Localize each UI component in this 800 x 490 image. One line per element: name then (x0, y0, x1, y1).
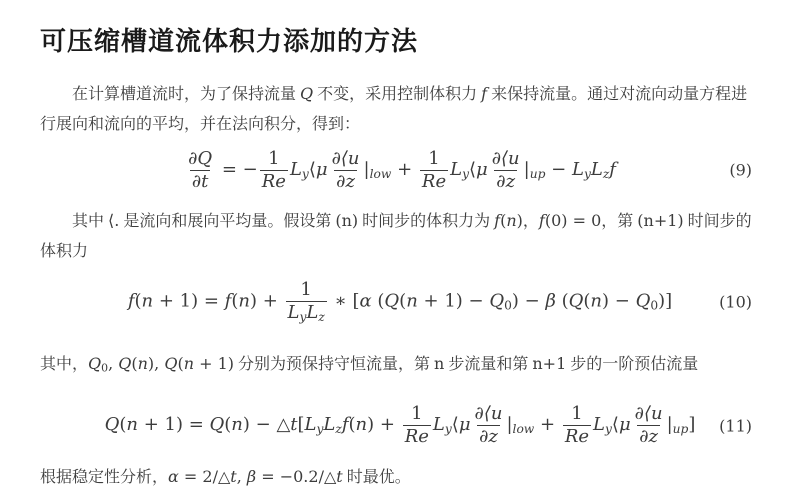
math-token: ∂⟨u (635, 403, 663, 424)
text-run: n (434, 354, 444, 373)
text-run: (n) (335, 211, 358, 230)
text-run: 时最优。 (343, 469, 411, 486)
math-token: 0 (504, 299, 512, 313)
math-token: Q (569, 291, 584, 312)
math-token: ⟨ (309, 159, 316, 180)
math-token: low (370, 167, 392, 181)
math-token: L (323, 415, 335, 436)
math-token: ( (372, 291, 385, 312)
math-token: ⟨ (612, 415, 619, 436)
math-token: y (445, 423, 452, 437)
math-token: μ (476, 159, 488, 180)
math-token: Q (489, 291, 504, 312)
math-token: low (513, 423, 535, 437)
text-run: ), (148, 354, 164, 373)
text-run: = −0.2/△ (256, 467, 336, 486)
text-run: 其中 (72, 213, 108, 230)
math-token: L (572, 159, 584, 180)
math-token: n (406, 291, 418, 312)
math-token: ∂z (336, 171, 355, 192)
text-run: Q (88, 354, 101, 373)
text-run: 其中， (40, 356, 88, 373)
math-token: L (288, 302, 300, 323)
math-token: L (591, 159, 603, 180)
text-run: Q (300, 84, 313, 103)
math-token: μ (459, 415, 471, 436)
paragraph-timestep: 其中 ⟨. 是流向和展向平均量。假设第 (n) 时间步的体积力为 f(n)，f(… (40, 206, 760, 267)
text-run: β (247, 467, 256, 486)
math-token: f (342, 415, 349, 436)
math-token: z (318, 310, 324, 324)
math-token: Re (565, 426, 589, 447)
equation-9-formula: ∂Q∂t = −1ReLy⟨μ∂⟨u∂z|low + 1ReLy⟨μ∂⟨u∂z|… (184, 148, 616, 192)
math-token: L (305, 415, 317, 436)
math-token: )] (658, 291, 672, 312)
text-run: ⟨. (108, 211, 119, 230)
text-run: , (108, 354, 118, 373)
document-page: 可压缩槽道流体积力添加的方法 在计算槽道流时，为了保持流量 Q 不变，采用控制体… (0, 0, 800, 490)
math-token: ∂⟨u (475, 403, 503, 424)
equation-9-number: (9) (729, 161, 752, 180)
text-run: 不变，采用控制体积力 (313, 86, 481, 103)
text-run: ，第 (601, 213, 637, 230)
math-token: up (673, 423, 689, 437)
text-run: 步流量和第 (444, 356, 532, 373)
text-run: n+1 (532, 354, 566, 373)
equation-10-formula: f(n + 1) = f(n) + 1LyLz ∗ [α (Q(n + 1) −… (128, 279, 672, 324)
math-token: β (545, 291, 555, 312)
math-token: α (360, 291, 372, 312)
document-title: 可压缩槽道流体积力添加的方法 (40, 26, 760, 57)
math-token: y (302, 167, 309, 181)
equation-10-number: (10) (719, 293, 752, 312)
math-token: ∂Q (188, 148, 212, 169)
math-token: L (593, 415, 605, 436)
math-fraction: 1Re (260, 148, 288, 192)
math-fraction: ∂⟨u∂z (490, 148, 522, 192)
math-token: ∂z (479, 426, 498, 447)
text-run: + 1) (194, 354, 234, 373)
math-fraction: 1Re (563, 403, 591, 447)
math-token: L (306, 302, 318, 323)
math-fraction: ∂⟨u∂z (473, 403, 505, 447)
math-fraction: 1Re (403, 403, 431, 447)
math-token: + 1) − (418, 291, 490, 312)
math-token: − (545, 159, 572, 180)
math-token: y (462, 167, 469, 181)
math-token: μ (619, 415, 631, 436)
text-run: (n+1) (637, 211, 683, 230)
text-run: , (237, 467, 247, 486)
math-token: 0 (650, 299, 658, 313)
math-token: ( (349, 415, 356, 436)
text-run: 步的一阶预估流量 (566, 356, 698, 373)
math-token: μ (316, 159, 328, 180)
math-token: ) + (250, 291, 284, 312)
math-token: 1 (411, 403, 422, 424)
math-token: L (450, 159, 462, 180)
math-token: n (231, 415, 243, 436)
text-run: ， (523, 213, 539, 230)
math-token: ) − △ (243, 415, 290, 436)
math-token: ∂t (192, 171, 209, 192)
math-token: f (128, 291, 135, 312)
math-fraction: 1Re (420, 148, 448, 192)
math-fraction: ∂⟨u∂z (633, 403, 665, 447)
math-token: Re (422, 171, 446, 192)
math-token: ∂⟨u (492, 148, 520, 169)
equation-11-formula: Q(n + 1) = Q(n) − △t[LyLzf(n) + 1ReLy⟨μ∂… (105, 403, 696, 447)
math-token: n (356, 415, 368, 436)
equation-10: f(n + 1) = f(n) + 1LyLz ∗ [α (Q(n + 1) −… (40, 279, 760, 324)
math-token: ) − (602, 291, 636, 312)
text-run: 是流向和展向平均量。假设第 (119, 213, 335, 230)
math-token: ( (135, 291, 142, 312)
math-token: n (590, 291, 602, 312)
math-token: Q (384, 291, 399, 312)
math-token: 1 (300, 279, 311, 300)
text-run: n (506, 211, 516, 230)
math-token: n (238, 291, 250, 312)
math-token: L (290, 159, 302, 180)
math-token: ∗ [ (329, 291, 360, 312)
equation-11-number: (11) (719, 416, 752, 435)
math-token: y (584, 167, 591, 181)
math-token: Q (636, 291, 651, 312)
math-token: n (126, 415, 138, 436)
math-token: ⟨ (469, 159, 476, 180)
math-token: Q (105, 415, 120, 436)
math-token: ∂⟨u (332, 148, 360, 169)
math-token: 1 (571, 403, 582, 424)
math-token: ) − (512, 291, 546, 312)
math-token: ∂z (639, 426, 658, 447)
math-fraction: 1LyLz (286, 279, 327, 324)
text-run: (0) = 0 (545, 211, 601, 230)
text-run: 时间步的体积力为 (358, 213, 494, 230)
text-run: n (184, 354, 194, 373)
math-token: 1 (428, 148, 439, 169)
math-token: + 1) = (138, 415, 210, 436)
math-token: = − (216, 159, 258, 180)
text-run: = 2/△ (179, 467, 230, 486)
paragraph-stability: 根据稳定性分析，α = 2/△t, β = −0.2/△t 时最优。 (40, 462, 760, 490)
math-fraction: ∂⟨u∂z (330, 148, 362, 192)
math-token: + (391, 159, 418, 180)
paragraph-intro: 在计算槽道流时，为了保持流量 Q 不变，采用控制体积力 f 来保持流量。通过对流… (40, 79, 760, 140)
math-token: ) + (367, 415, 401, 436)
paragraph-flux-definitions: 其中，Q0, Q(n), Q(n + 1) 分别为预保持守恒流量，第 n 步流量… (40, 349, 760, 384)
math-token: [ (298, 415, 305, 436)
text-run: 分别为预保持守恒流量，第 (234, 356, 434, 373)
equation-11: Q(n + 1) = Q(n) − △t[LyLzf(n) + 1ReLy⟨μ∂… (40, 403, 760, 447)
math-token: L (433, 415, 445, 436)
math-token: Re (262, 171, 286, 192)
math-token: ] (688, 415, 695, 436)
math-token: n (142, 291, 154, 312)
math-token: f (609, 159, 616, 180)
math-token: ( (556, 291, 569, 312)
math-token: + (534, 415, 561, 436)
math-token: + 1) = (153, 291, 225, 312)
math-token: Re (405, 426, 429, 447)
math-token: t (290, 415, 297, 436)
math-fraction: ∂Q∂t (186, 148, 214, 192)
math-token: 1 (268, 148, 279, 169)
text-run: n (138, 354, 148, 373)
math-token: up (530, 167, 546, 181)
equation-9: ∂Q∂t = −1ReLy⟨μ∂⟨u∂z|low + 1ReLy⟨μ∂⟨u∂z|… (40, 148, 760, 192)
math-token: ⟨ (452, 415, 459, 436)
math-token: ∂z (496, 171, 515, 192)
text-run: 根据稳定性分析， (40, 469, 168, 486)
math-token: y (605, 423, 612, 437)
text-run: Q (118, 354, 131, 373)
text-run: 在计算槽道流时，为了保持流量 (72, 86, 300, 103)
text-run: α (168, 467, 179, 486)
math-token: Q (210, 415, 225, 436)
text-run: Q (164, 354, 177, 373)
